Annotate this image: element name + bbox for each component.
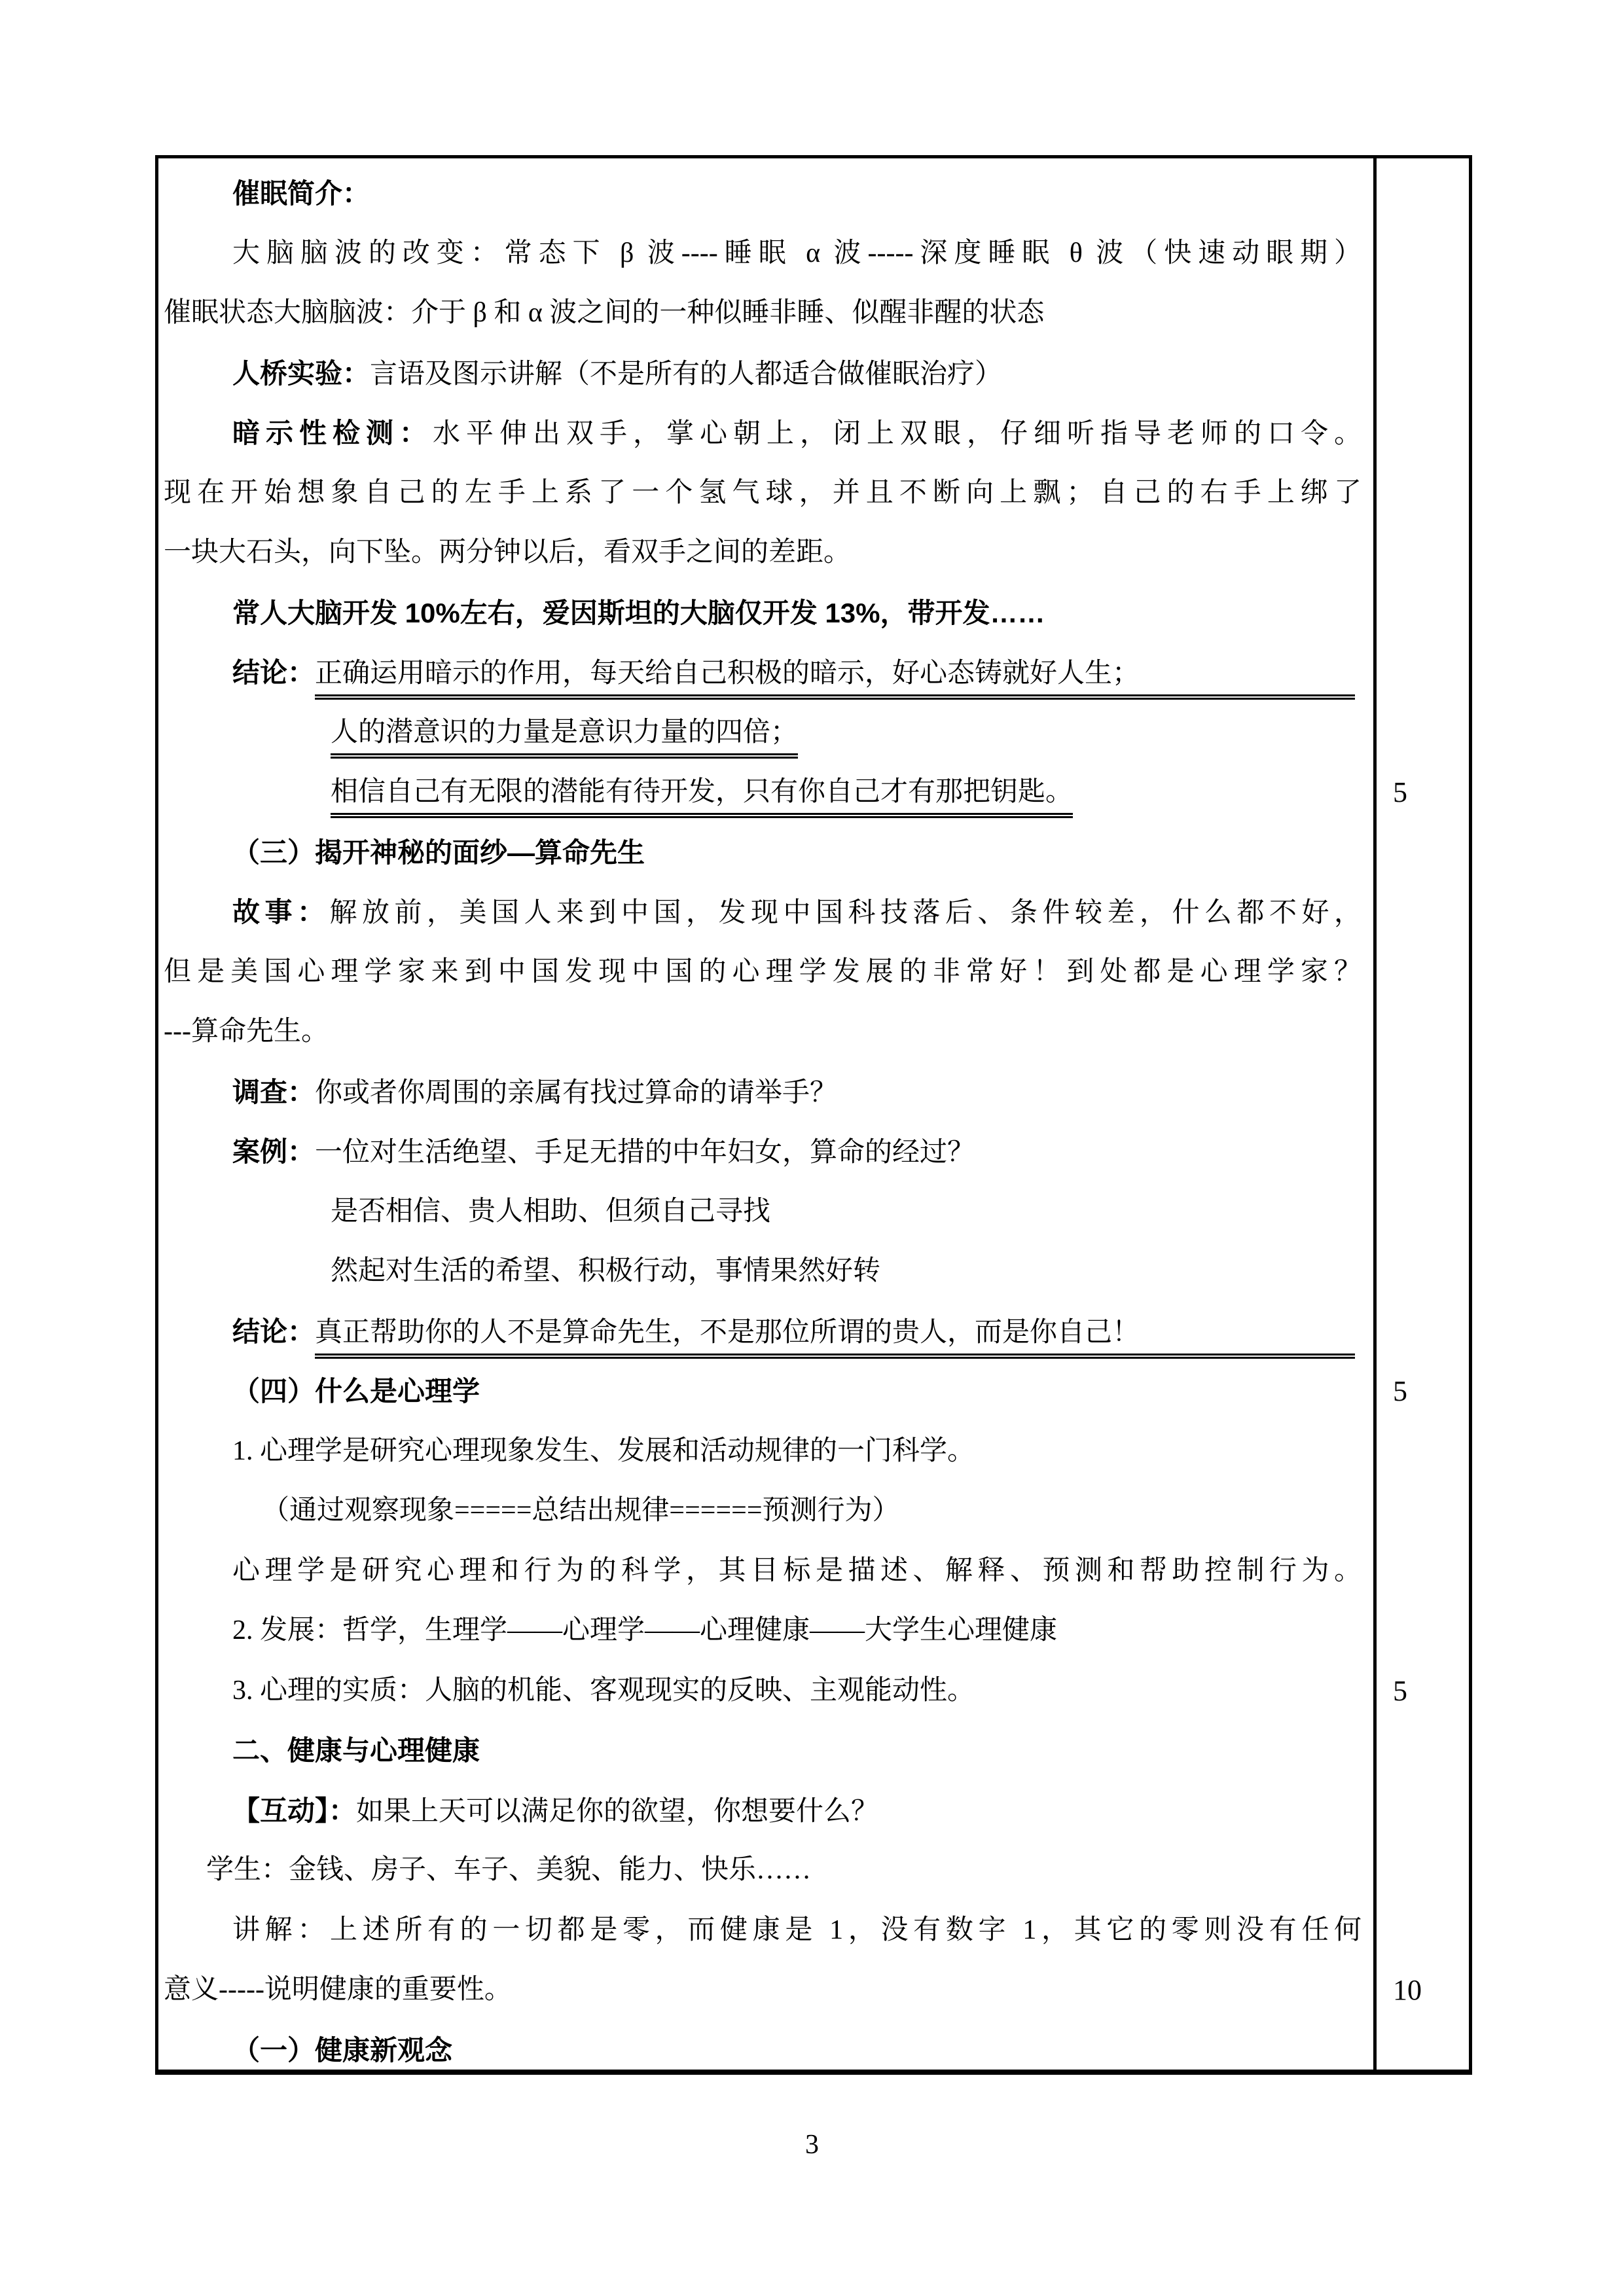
text-line: 相信自己有无限的潜能有待开发，只有你自己才有那把钥匙。 [164,762,1362,823]
text-line: 案例：一位对生活绝望、手足无措的中年妇女，算命的经过？ [164,1122,1362,1182]
text-run: 3. 心理的实质：人脑的机能、客观现实的反映、主观能动性。 [232,1676,975,1706]
text-line: 2. 发展：哲学，生理学——心理学——心理健康——大学生心理健康 [164,1601,1362,1661]
bold-run: 催眠简介： [232,178,370,209]
text-run: 一块大石头，向下坠。两分钟以后，看双手之间的差距。 [164,537,851,567]
underlined-run: 相信自己有无限的潜能有待开发，只有你自己才有那把钥匙。 [331,771,1073,818]
text-run: 意义-----说明健康的重要性。 [164,1975,512,2005]
score-column: 55510 [1373,158,1469,2070]
text-line: （三）揭开神秘的面纱—算命先生 [164,823,1362,883]
text-line: 3. 心理的实质：人脑的机能、客观现实的反映、主观能动性。 [164,1661,1362,1721]
text-line: 常人大脑开发 10%左右，爱因斯坦的大脑仅开发 13%，带开发…… [164,583,1362,643]
text-line: 结论：真正帮助你的人不是算命先生，不是那位所谓的贵人，而是你自己！ [164,1302,1362,1362]
text-line: 故事：解放前，美国人来到中国，发现中国科技落后、条件较差，什么都不好， [164,882,1362,942]
bold-run: 常人大脑开发 10%左右，爱因斯坦的大脑仅开发 13%，带开发…… [232,598,1045,628]
text-line: 催眠状态大脑脑波：介于 β 和 α 波之间的一种似睡非睡、似醒非醒的状态 [164,283,1362,344]
text-run: 但是美国心理学家来到中国发现中国的心理学发展的非常好！到处都是心理学家？ [164,957,1362,987]
text-line: ---算命先生。 [164,1002,1362,1062]
bold-run: 结论： [232,1316,315,1347]
text-line: 1. 心理学是研究心理现象发生、发展和活动规律的一门科学。 [164,1422,1362,1482]
underlined-run: 真正帮助你的人不是算命先生，不是那位所谓的贵人，而是你自己！ [315,1312,1355,1359]
content-cell: 催眠简介：大脑脑波的改变：常态下 β 波----睡眠 α 波-----深度睡眠 … [158,158,1373,2070]
text-line: 现在开始想象自己的左手上系了一个氢气球，并且不断向上飘；自己的右手上绑了 [164,463,1362,524]
text-run: 水平伸出双手，掌心朝上，闭上双眼，仔细听指导老师的口令。 [433,419,1362,449]
text-line: 二、健康与心理健康 [164,1721,1362,1781]
text-run: 解放前，美国人来到中国，发现中国科技落后、条件较差，什么都不好， [330,898,1362,928]
bold-run: 人桥实验： [232,358,370,389]
bold-run: 二、健康与心理健康 [232,1735,480,1766]
text-line: 是否相信、贵人相助、但须自己寻找 [164,1182,1362,1242]
text-line: 学生：金钱、房子、车子、美貌、能力、快乐…… [164,1840,1362,1901]
text-run: 你或者你周围的亲属有找过算命的请举手？ [315,1078,837,1108]
bold-run: 调查： [232,1077,315,1107]
text-run: （通过观察现象=====总结出规律======预测行为） [262,1496,900,1526]
text-line: （一）健康新观念 [164,2020,1362,2081]
text-line: （四）什么是心理学 [164,1361,1362,1422]
underlined-run: 正确运用暗示的作用，每天给自己积极的暗示，好心态铸就好人生； [315,653,1355,700]
lesson-plan-table: 催眠简介：大脑脑波的改变：常态下 β 波----睡眠 α 波-----深度睡眠 … [155,155,1472,2075]
page-number: 3 [0,2115,1624,2174]
text-line: 大脑脑波的改变：常态下 β 波----睡眠 α 波-----深度睡眠 θ 波（快… [164,224,1362,284]
document-page: 催眠简介：大脑脑波的改变：常态下 β 波----睡眠 α 波-----深度睡眠 … [0,0,1624,2296]
bold-run: 暗示性检测： [232,418,433,448]
text-line: 一块大石头，向下坠。两分钟以后，看双手之间的差距。 [164,523,1362,583]
text-line: 人的潜意识的力量是意识力量的四倍； [164,703,1362,763]
text-run: 讲解：上述所有的一切都是零，而健康是 1，没有数字 1，其它的零则没有任何 [232,1915,1362,1945]
bold-run: 故事： [232,897,330,927]
text-line: 催眠简介： [164,164,1362,224]
text-line: 【互动】：如果上天可以满足你的欲望，你想要什么？ [164,1781,1362,1841]
bold-run: （三）揭开神秘的面纱—算命先生 [232,837,645,868]
text-line: 但是美国心理学家来到中国发现中国的心理学发展的非常好！到处都是心理学家？ [164,942,1362,1003]
text-run: 言语及图示讲解（不是所有的人都适合做催眠治疗） [370,359,1002,389]
text-line: 暗示性检测：水平伸出双手，掌心朝上，闭上双眼，仔细听指导老师的口令。 [164,403,1362,463]
underlined-run: 人的潜意识的力量是意识力量的四倍； [331,711,798,759]
bold-run: 【互动】： [232,1795,356,1826]
text-line: 意义-----说明健康的重要性。 [164,1960,1362,2020]
score-value: 5 [1393,1361,1407,1422]
bold-run: （四）什么是心理学 [232,1376,480,1407]
text-line: 心理学是研究心理和行为的科学，其目标是描述、解释、预测和帮助控制行为。 [164,1541,1362,1602]
text-run: 是否相信、贵人相助、但须自己寻找 [331,1196,770,1227]
score-value: 5 [1393,762,1407,823]
bold-run: 案例： [232,1136,315,1167]
text-run: 催眠状态大脑脑波：介于 β 和 α 波之间的一种似睡非睡、似醒非醒的状态 [164,298,1044,328]
text-run: 然起对生活的希望、积极行动，事情果然好转 [331,1256,880,1286]
text-run: 学生：金钱、房子、车子、美貌、能力、快乐…… [206,1855,811,1885]
score-value: 10 [1393,1960,1422,2020]
text-run: ---算命先生。 [164,1016,329,1047]
text-run: 1. 心理学是研究心理现象发生、发展和活动规律的一门科学。 [232,1436,975,1466]
text-line: 然起对生活的希望、积极行动，事情果然好转 [164,1242,1362,1302]
bold-run: （一）健康新观念 [232,2035,452,2066]
text-line: 调查：你或者你周围的亲属有找过算命的请举手？ [164,1062,1362,1122]
text-run: 一位对生活绝望、手足无措的中年妇女，算命的经过？ [315,1138,975,1168]
text-run: 大脑脑波的改变：常态下 β 波----睡眠 α 波-----深度睡眠 θ 波（快… [232,238,1362,268]
text-line: （通过观察现象=====总结出规律======预测行为） [164,1481,1362,1541]
text-run: 2. 发展：哲学，生理学——心理学——心理健康——大学生心理健康 [232,1615,1057,1645]
score-value: 5 [1393,1661,1407,1721]
text-run: 心理学是研究心理和行为的科学，其目标是描述、解释、预测和帮助控制行为。 [232,1556,1362,1586]
bold-run: 结论： [232,657,315,688]
text-run: 如果上天可以满足你的欲望，你想要什么？ [356,1797,878,1827]
text-run: 现在开始想象自己的左手上系了一个氢气球，并且不断向上飘；自己的右手上绑了 [164,478,1362,508]
text-line: 人桥实验：言语及图示讲解（不是所有的人都适合做催眠治疗） [164,344,1362,404]
text-line: 讲解：上述所有的一切都是零，而健康是 1，没有数字 1，其它的零则没有任何 [164,1901,1362,1961]
text-line: 结论：正确运用暗示的作用，每天给自己积极的暗示，好心态铸就好人生； [164,643,1362,703]
